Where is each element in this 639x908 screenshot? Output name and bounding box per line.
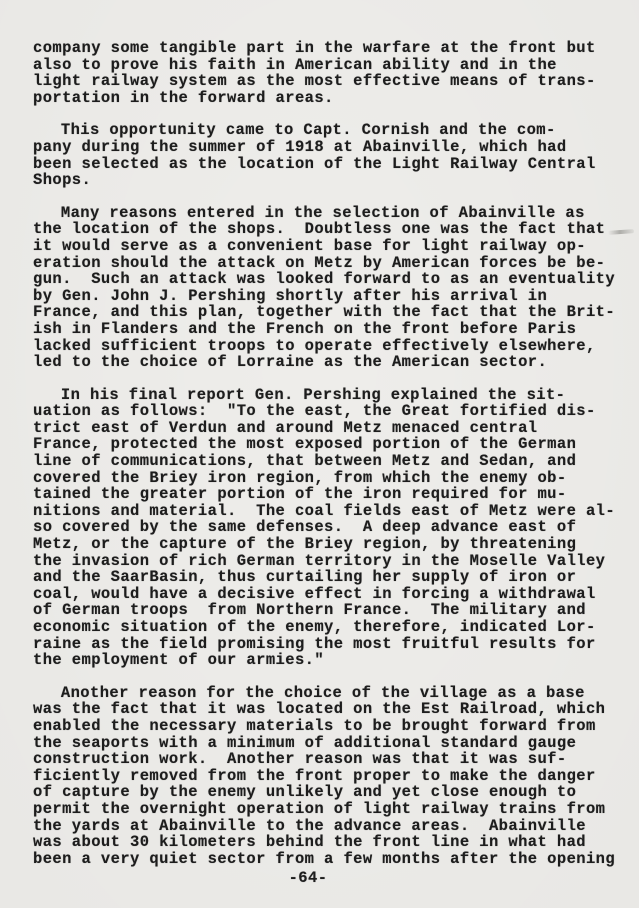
paragraph-other-reasons: Another reason for the choice of the vil… [33, 685, 617, 868]
scanned-page: company some tangible part in the warfar… [0, 0, 639, 908]
paragraph-continuation: company some tangible part in the warfar… [33, 40, 617, 106]
page-number: -64- [0, 869, 616, 887]
page-body: company some tangible part in the warfar… [33, 40, 617, 867]
margin-pencil-mark [608, 229, 634, 235]
paragraph-pershing-report: In his final report Gen. Pershing explai… [33, 387, 617, 669]
paragraph-opportunity: This opportunity came to Capt. Cornish a… [33, 122, 617, 188]
paragraph-reasons-selection: Many reasons entered in the selection of… [33, 205, 617, 371]
